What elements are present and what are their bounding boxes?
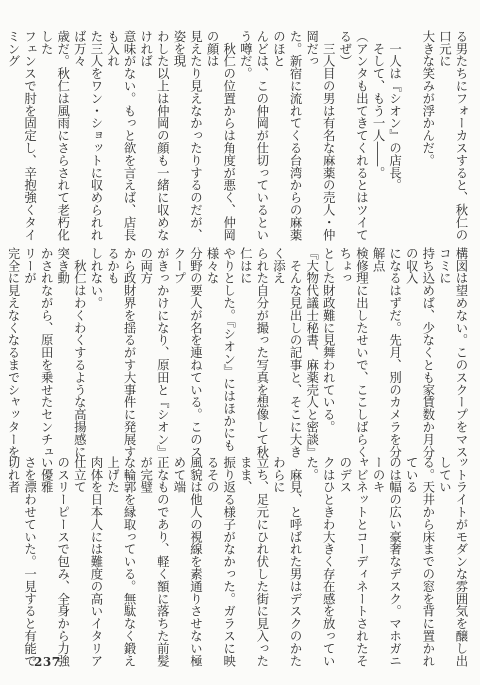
text-column: フェンスで肘を固定し、辛抱強くタイミング — [9, 30, 38, 242]
text-column: 構図は望めない。このスクープをマスコミに — [436, 247, 469, 459]
text-column: かされながら、原田を乗せたセンチュリーが — [21, 247, 54, 459]
text-column: 一人は『シオン』の店長。 — [386, 30, 403, 242]
text-column: から政財界を揺るがす大事件に発展するかも — [104, 247, 137, 459]
text-column: られた自分が撮った写真を想像して秋仁はに — [237, 247, 270, 459]
text-column: やりとした。『シオン』にはほかにも様々な — [204, 247, 237, 459]
text-column: 見えたり見えなかったりするのだが、姿を現 — [170, 30, 203, 242]
text-column: 意味がない。もっと欲を言えば、店長も入れ — [104, 30, 137, 242]
text-column: 秋仁はわくわくするような高揚感に突き動 — [54, 247, 87, 459]
text-column: 正なものであり、軽く額に落ちた前髪が完璧 — [137, 456, 170, 668]
text-column: のスリーピースで包み、全身から力強い優雅 — [38, 456, 71, 668]
text-column: 大きな笑みが浮かんだ。 — [419, 30, 436, 242]
text-tier-top: る男たちにフォーカスすると、秋仁の口元に大きな笑みが浮かんだ。 一人は『シオン』… — [9, 30, 469, 242]
text-column: そんな見出しの記事と、そこに大きく添え — [270, 247, 303, 459]
text-column: になるはずだ。先月、別のカメラを分解点 — [369, 247, 402, 459]
text-column: がきっかけになり、原田と『シオン』の両方 — [137, 247, 170, 459]
text-column: 完全に見えなくなるまでシャッターを切り続 — [9, 247, 21, 459]
text-column: 麻見、と呼ばれた男はデスクのかたわらに — [270, 456, 303, 668]
text-column: 肉体を日本人には難度の高いイタリア仕立て — [71, 456, 104, 668]
text-tier-bottom: ットライトがモダンな雰囲気を醸し出している。天井から床までの窓を背に置かれている… — [9, 456, 469, 668]
text-column: た。新宿に流れてくる台湾からの麻薬のほと — [270, 30, 303, 242]
text-column: 風貌は他人の視線を素通りさせない極めて端 — [170, 456, 203, 668]
text-column: 持ち込めば、少なくとも家賃数か月分の収入 — [403, 247, 436, 459]
text-column — [403, 30, 420, 242]
text-column: しれない。 — [87, 247, 104, 459]
text-column: な輪郭を縁取っている。無駄なく鍛え上げた — [104, 456, 137, 668]
text-column: んどは、この仲岡が仕切っているという噂だ。 — [237, 30, 270, 242]
text-column: 立ち、足元にひれ伏した街に見入ったまま、 — [237, 456, 270, 668]
text-column: 分野の要人が名を連ねている。このスクープ — [170, 247, 203, 459]
text-column: 検修理に出したせいで、ここしばらくちょっ — [336, 247, 369, 459]
text-column: とした財政難に見舞われている。 — [320, 247, 337, 459]
text-tier-middle: 構図は望めない。このスクープをマスコミに持ち込めば、少なくとも家賃数か月分の収入… — [9, 247, 469, 459]
text-column: （アンタも出てきてくれるとはツイてるぜ） — [336, 30, 369, 242]
text-column: クはひときわ大きく存在感を放っていた。 — [303, 456, 336, 668]
text-column: さを漂わせていた。一見すると有能で切れ者 — [9, 456, 38, 668]
text-column: ャビネットとコーディネートされたそのデス — [336, 456, 369, 668]
text-column: 『大物代議士秘書、麻薬売人と密談』 — [303, 247, 320, 459]
text-column: ットライトがモダンな雰囲気を醸し出してい — [436, 456, 469, 668]
text-column: 秋仁の位置からは角度が悪く、仲岡の顔は — [204, 30, 237, 242]
text-column: そして、もう一人――。 — [369, 30, 386, 242]
text-column: 歳だ。秋仁は風雨にさらされて老朽化した — [38, 30, 71, 242]
text-column: る男たちにフォーカスすると、秋仁の口元に — [436, 30, 469, 242]
text-column: 振り返る様子がなかった。ガラスに映るその — [204, 456, 237, 668]
text-column: のは幅の広い豪奢なデスク。マホガニーのキ — [369, 456, 402, 668]
text-column: る。天井から床までの窓を背に置かれている — [403, 456, 436, 668]
text-column: わした以上は仲岡の顔も一緒に収めなければ — [137, 30, 170, 242]
text-column: た三人をワン・ショットに収められれば万々 — [71, 30, 104, 242]
text-column: 三人目の男は有名な麻薬の売人・仲岡だっ — [303, 30, 336, 242]
page-number: 237 — [34, 655, 61, 669]
